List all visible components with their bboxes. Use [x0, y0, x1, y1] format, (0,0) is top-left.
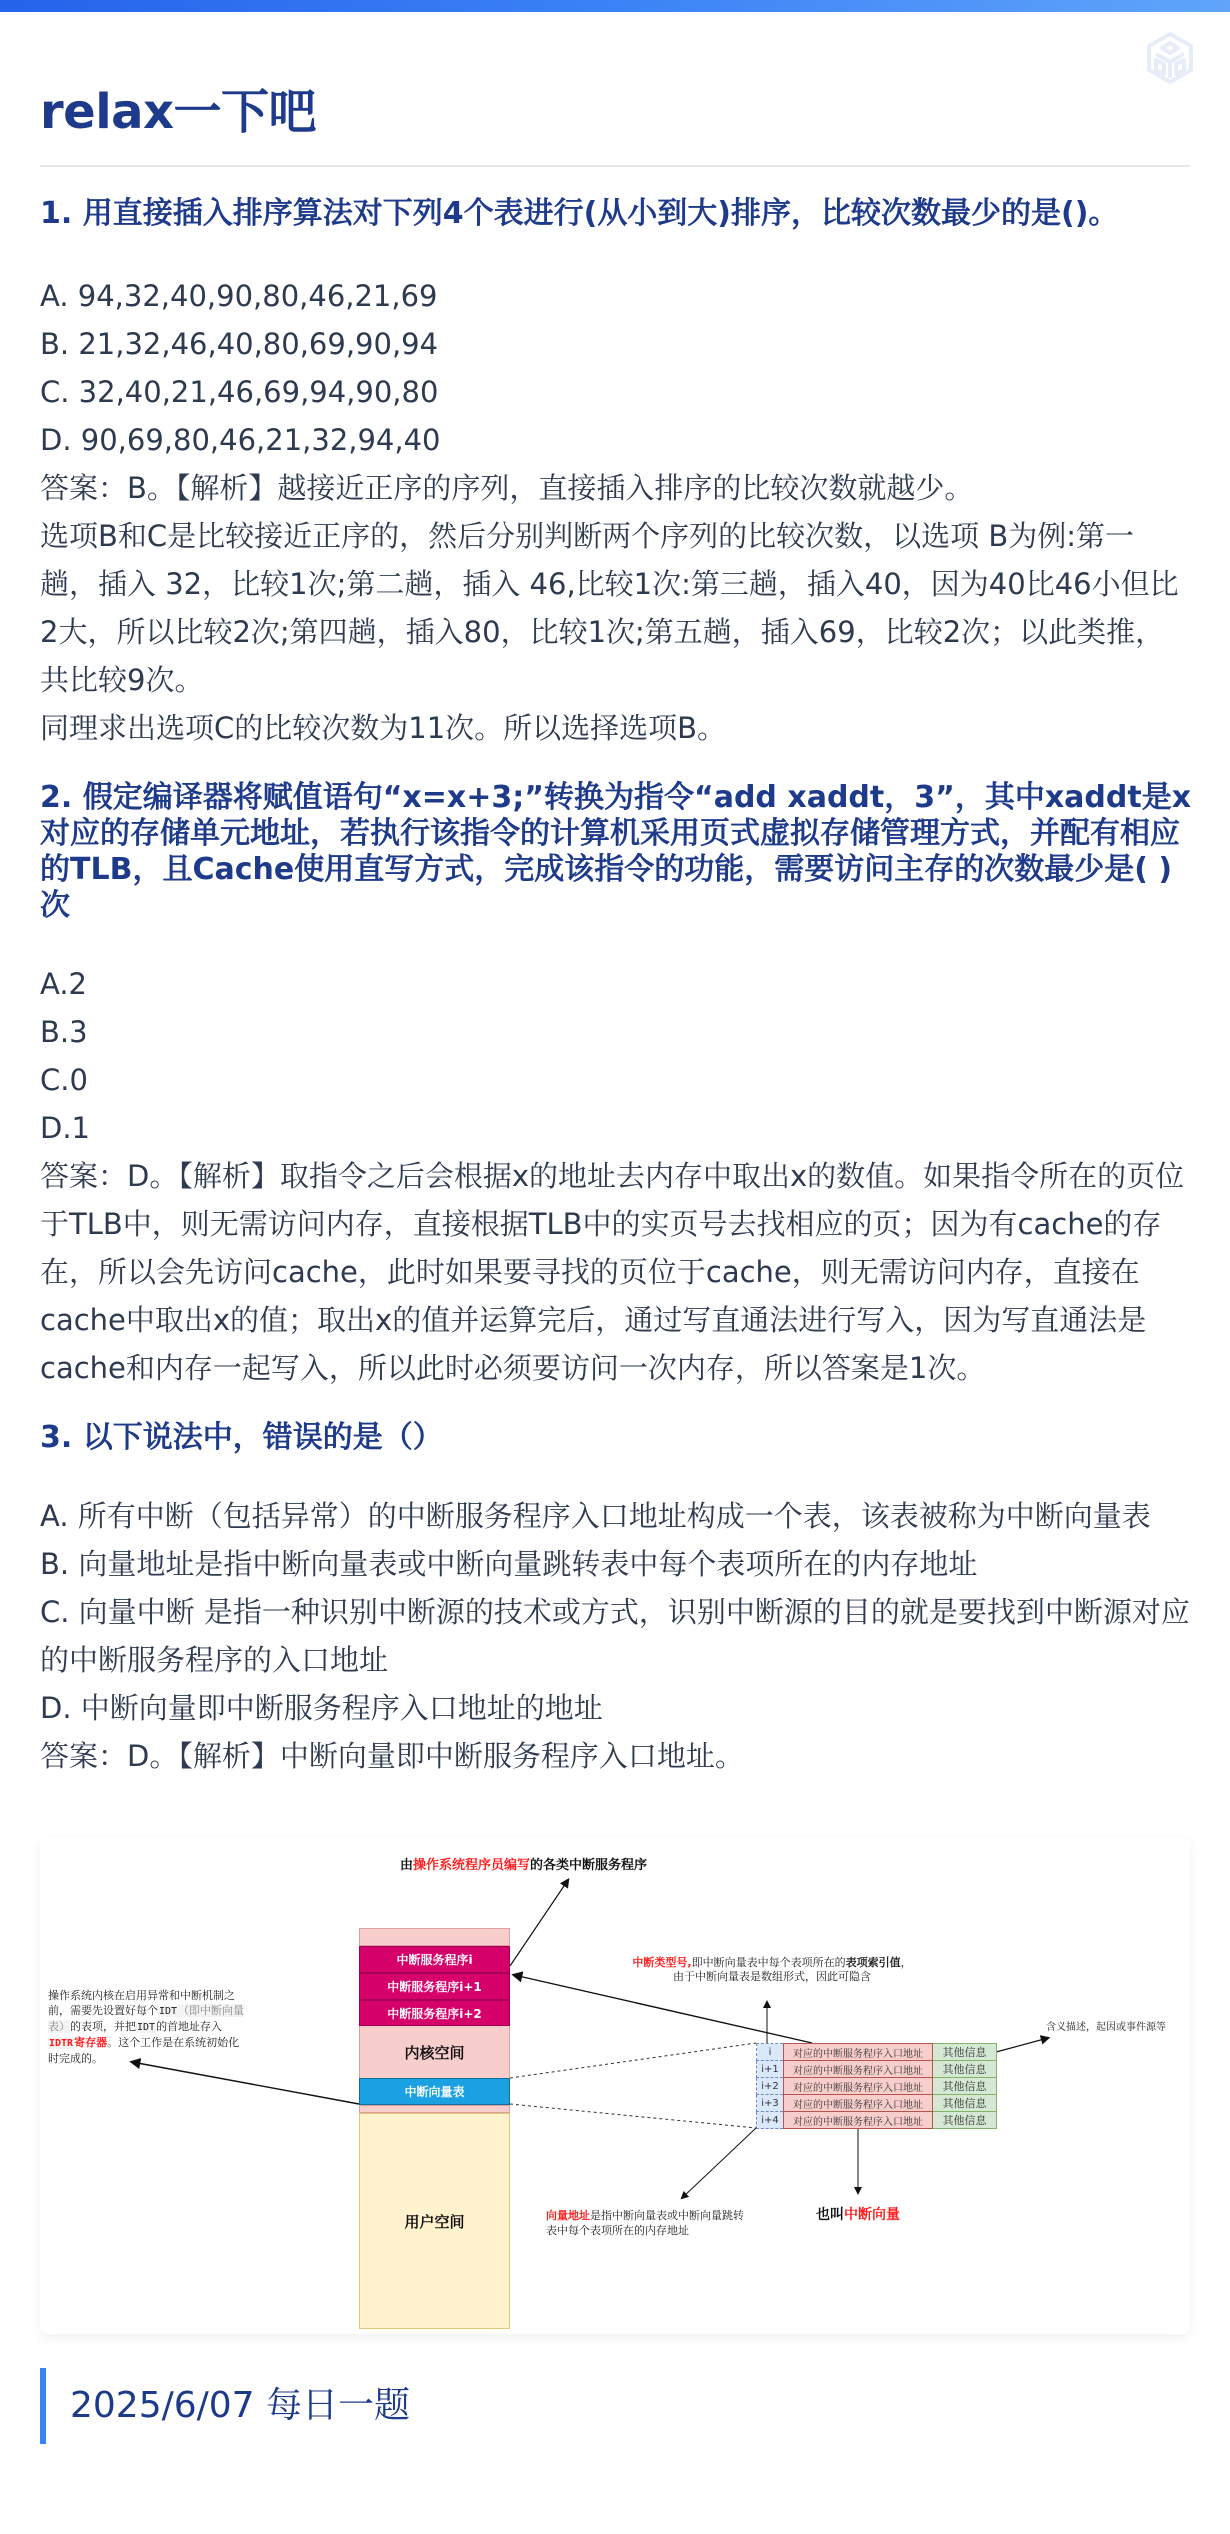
q1-option-d: D. 90,69,80,46,21,32,94,40	[40, 416, 1192, 464]
q2-option-c: C.0	[40, 1056, 1192, 1104]
question-3-heading: 3. 以下说法中，错误的是（）	[40, 1420, 1192, 1456]
questions-content: 1. 用直接插入排序算法对下列4个表进行(从小到大)排序，比较次数最少的是()。…	[40, 196, 1192, 1780]
q1-explanation: 选项B和C是比较接近正序的，然后分别判断两个序列的比较次数，以选项 B为例:第一…	[40, 512, 1192, 704]
isr-block-i: 中断服务程序i	[359, 1946, 510, 1973]
memory-pad-top	[359, 1928, 510, 1946]
memory-pad-mid	[359, 2105, 510, 2113]
title-divider	[40, 165, 1190, 167]
q3-option-b: B. 向量地址是指中断向量表或中断向量跳转表中每个表项所在的内存地址	[40, 1540, 1192, 1588]
idt-setup-note: 操作系统内核在启用异常和中断机制之前，需要先设置好每个IDT（即中断向量表）的表…	[48, 1988, 246, 2066]
q2-answer: 答案：D。【解析】取指令之后会根据x的地址去内存中取出x的数值。如果指令所在的页…	[40, 1152, 1192, 1392]
ivt-row: i+3对应的中断服务程序入口地址其他信息	[757, 2095, 997, 2112]
kernel-space-block: 内核空间	[359, 2026, 510, 2078]
interrupt-vector-diagram: 由操作系统程序员编写的各类中断服务程序 中断服务程序i 中断服务程序i+1 中断…	[40, 1838, 1190, 2334]
question-1: 1. 用直接插入排序算法对下列4个表进行(从小到大)排序，比较次数最少的是()。…	[40, 196, 1192, 752]
footer-accent-bar	[40, 2368, 46, 2444]
q1-option-c: C. 32,40,21,46,69,94,90,80	[40, 368, 1192, 416]
vector-address-note: 向量地址是指中断向量表或中断向量跳转表中每个表项所在的内存地址	[546, 2208, 751, 2238]
q3-answer: 答案：D。【解析】中断向量即中断服务程序入口地址。	[40, 1732, 1192, 1780]
q3-option-a: A. 所有中断（包括异常）的中断服务程序入口地址构成一个表，该表被称为中断向量表	[40, 1492, 1192, 1540]
ivt-row: i+4对应的中断服务程序入口地址其他信息	[757, 2112, 997, 2129]
question-1-heading: 1. 用直接插入排序算法对下列4个表进行(从小到大)排序，比较次数最少的是()。	[40, 196, 1192, 232]
q2-option-d: D.1	[40, 1104, 1192, 1152]
q3-option-c: C. 向量中断 是指一种识别中断源的技术或方式，识别中断源的目的就是要找到中断源…	[40, 1588, 1192, 1684]
page-title: relax一下吧	[40, 82, 316, 142]
interrupt-type-note: 中断类型号,即中断向量表中每个表项所在的表项索引值， 由于中断向量表是数组形式，…	[612, 1956, 932, 1984]
q2-option-b: B.3	[40, 1008, 1192, 1056]
top-accent-bar	[0, 0, 1230, 12]
question-2-heading: 2. 假定编译器将赋值语句“x=x+3;”转换为指令“add xaddt，3”，…	[40, 780, 1192, 924]
footer-date-label: 2025/6/07 每日一题	[70, 2384, 410, 2428]
ivt-row: i+2对应的中断服务程序入口地址其他信息	[757, 2078, 997, 2095]
q2-option-a: A.2	[40, 960, 1192, 1008]
also-called-note: 也叫中断向量	[816, 2204, 900, 2224]
isr-block-i1: 中断服务程序i+1	[359, 1973, 510, 2000]
ivt-row: i+1对应的中断服务程序入口地址其他信息	[757, 2061, 997, 2078]
cube-logo-icon	[1140, 28, 1200, 88]
q1-option-a: A. 94,32,40,90,80,46,21,69	[40, 272, 1192, 320]
meaning-note: 含义描述，起因或事件源等	[1046, 2018, 1166, 2033]
question-2: 2. 假定编译器将赋值语句“x=x+3;”转换为指令“add xaddt，3”，…	[40, 780, 1192, 1392]
isr-block-i2: 中断服务程序i+2	[359, 2000, 510, 2026]
q1-conclusion: 同理求出选项C的比较次数为11次。所以选择选项B。	[40, 704, 1192, 752]
user-space-block: 用户空间	[359, 2113, 510, 2329]
q1-answer: 答案：B。【解析】越接近正序的序列，直接插入排序的比较次数就越少。	[40, 464, 1192, 512]
ivt-block: 中断向量表	[359, 2078, 510, 2105]
q1-option-b: B. 21,32,46,40,80,69,90,94	[40, 320, 1192, 368]
diagram-arrows	[40, 1838, 1190, 2334]
q3-option-d: D. 中断向量即中断服务程序入口地址的地址	[40, 1684, 1192, 1732]
interrupt-vector-table: i对应的中断服务程序入口地址其他信息 i+1对应的中断服务程序入口地址其他信息 …	[756, 2043, 997, 2129]
question-3: 3. 以下说法中，错误的是（） A. 所有中断（包括异常）的中断服务程序入口地址…	[40, 1420, 1192, 1780]
isr-top-label: 由操作系统程序员编写的各类中断服务程序	[400, 1854, 647, 1873]
ivt-row: i对应的中断服务程序入口地址其他信息	[757, 2044, 997, 2061]
